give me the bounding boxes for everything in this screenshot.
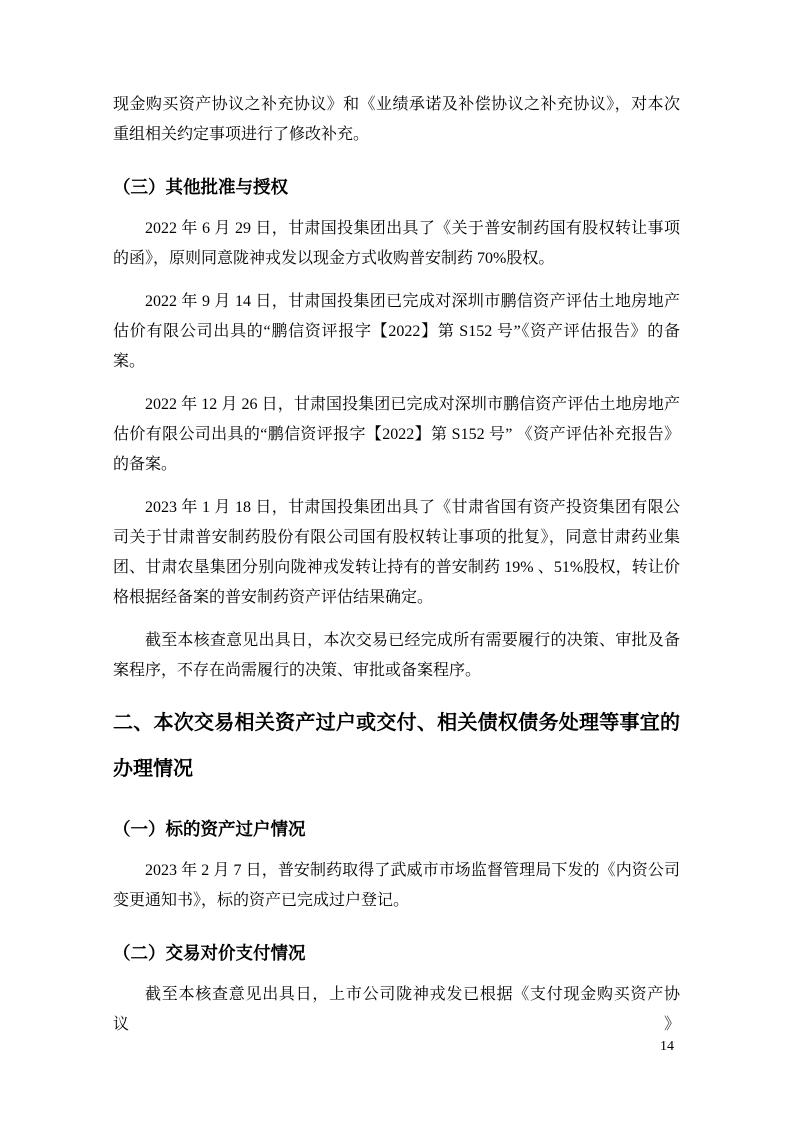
chapter-heading-asset-transfer: 二、本次交易相关资产过户或交付、相关债权债务处理等事宜的办理情况 [113,700,680,792]
document-page: 现金购买资产协议之补充协议》和《业绩承诺及补偿协议之补充协议》，对本次重组相关约… [0,0,793,1122]
section-heading-target-asset-transfer: （一）标的资产过户情况 [113,814,680,844]
paragraph-continuation: 现金购买资产协议之补充协议》和《业绩承诺及补偿协议之补充协议》，对本次重组相关约… [113,90,680,150]
section-heading-consideration-payment: （二）交易对价支付情况 [113,938,680,968]
section-heading-other-approvals: （三）其他批准与授权 [113,172,680,202]
paragraph: 2022 年 12 月 26 日，甘肃国投集团已完成对深圳市鹏信资产评估土地房地… [113,390,680,480]
paragraph: 2023 年 2 月 7 日，普安制药取得了武威市市场监督管理局下发的《内资公司… [113,856,680,916]
paragraph: 2022 年 6 月 29 日，甘肃国投集团出具了《关于普安制药国有股权转让事项… [113,214,680,274]
paragraph: 2023 年 1 月 18 日，甘肃国投集团出具了《甘肃省国有资产投资集团有限公… [113,493,680,613]
page-number: 14 [652,1038,682,1056]
paragraph: 截至本核查意见出具日，本次交易已经完成所有需要履行的决策、审批及备案程序，不存在… [113,626,680,686]
paragraph: 截至本核查意见出具日，上市公司陇神戎发已根据《支付现金购买资产协议》 [113,980,680,1040]
paragraph: 2022 年 9 月 14 日，甘肃国投集团已完成对深圳市鹏信资产评估土地房地产… [113,287,680,377]
document-body: 现金购买资产协议之补充协议》和《业绩承诺及补偿协议之补充协议》，对本次重组相关约… [113,90,680,1053]
